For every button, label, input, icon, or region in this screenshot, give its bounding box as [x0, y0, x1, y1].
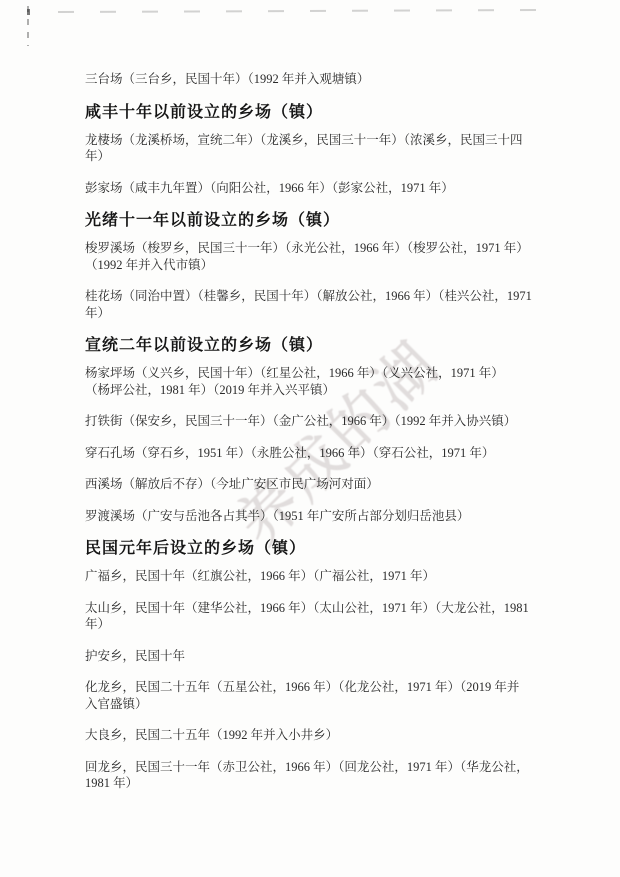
entry-paragraph: 太山乡，民国十年（建华公社，1966 年）（太山公社，1971 年）（大龙公社，… [85, 600, 537, 633]
entry-paragraph: 杨家坪场（义兴乡，民国十年）（红星公社，1966 年）（义兴公社，1971 年）… [85, 365, 537, 398]
scanned-page: 养成的湖 三台场（三台乡，民国十年）（1992 年并入观塘镇） 咸丰十年以前设立… [0, 0, 620, 877]
document-content: 三台场（三台乡，民国十年）（1992 年并入观塘镇） 咸丰十年以前设立的乡场（镇… [85, 71, 537, 807]
entry-paragraph: 护安乡，民国十年 [85, 648, 537, 665]
entry-paragraph: 回龙乡，民国三十一年（赤卫公社，1966 年）（回龙公社，1971 年）（华龙公… [85, 759, 537, 792]
section-heading: 宣统二年以前设立的乡场（镇） [85, 336, 537, 356]
entry-paragraph: 广福乡，民国十年（红旗公社，1966 年）（广福公社，1971 年） [85, 568, 537, 585]
entry-paragraph: 化龙乡，民国二十五年（五星公社，1966 年）（化龙公社，1971 年）（201… [85, 679, 537, 712]
lead-paragraph: 三台场（三台乡，民国十年）（1992 年并入观塘镇） [85, 71, 537, 88]
entry-paragraph: 西溪场（解放后不存）（今址广安区市民广场河对面） [85, 476, 537, 493]
entry-paragraph: 龙棲场（龙溪桥场，宣统二年）（龙溪乡，民国三十一年）（浓溪乡，民国三十四 年） [85, 132, 537, 165]
entry-paragraph: 罗渡溪场（广安与岳池各占其半）（1951 年广安所占部分划归岳池县） [85, 508, 537, 525]
scan-artifact-top-edge [58, 9, 538, 13]
entry-paragraph: 彭家场（咸丰九年置）（向阳公社，1966 年）（彭家公社，1971 年） [85, 180, 537, 197]
entry-paragraph: 打铁街（保安乡，民国三十一年）（金广公社，1966 年）（1992 年并入协兴镇… [85, 413, 537, 430]
section-heading: 咸丰十年以前设立的乡场（镇） [85, 103, 537, 123]
section-heading: 民国元年后设立的乡场（镇） [85, 539, 537, 559]
entry-paragraph: 大良乡，民国二十五年（1992 年并入小井乡） [85, 727, 537, 744]
entry-paragraph: 穿石孔场（穿石乡，1951 年）（永胜公社，1966 年）（穿石公社，1971 … [85, 445, 537, 462]
section-heading: 光绪十一年以前设立的乡场（镇） [85, 211, 537, 231]
entry-paragraph: 梭罗溪场（梭罗乡，民国三十一年）（永光公社，1966 年）（梭罗公社，1971 … [85, 240, 537, 273]
entry-paragraph: 桂花场（同治中置）（桂馨乡，民国十年）（解放公社，1966 年）（桂兴公社，19… [85, 288, 537, 321]
scan-artifact-left-dot [27, 9, 30, 15]
